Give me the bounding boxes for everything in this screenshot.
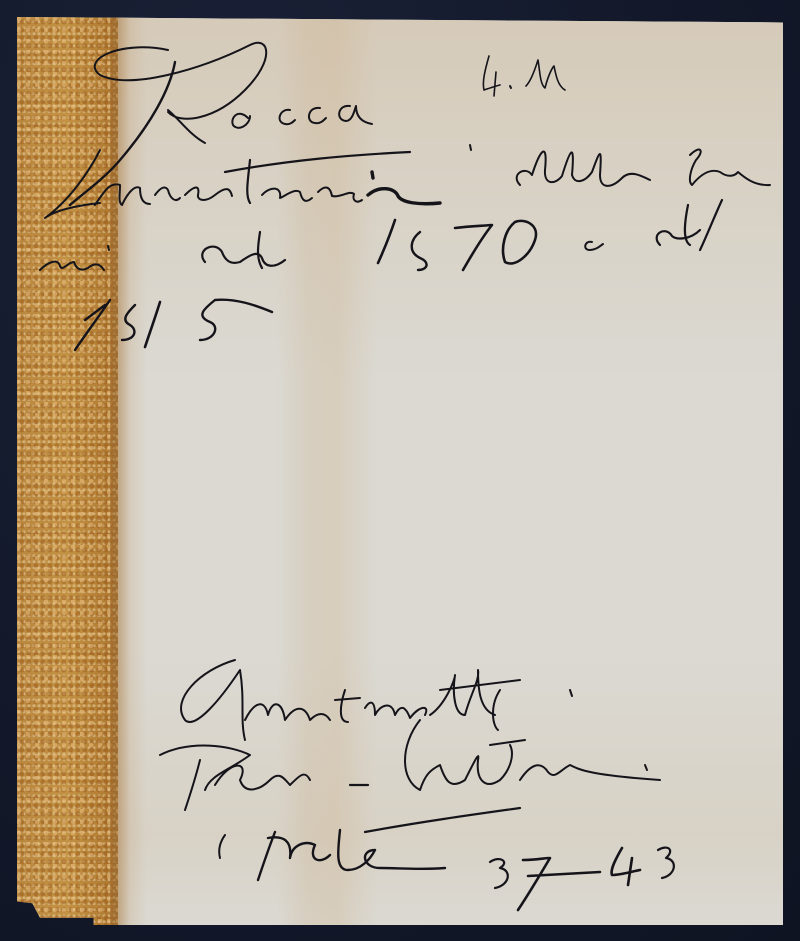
footer-note-37-43 (219, 830, 674, 910)
footer-martinetti (181, 660, 572, 740)
title-rocca-handwriting (70, 43, 372, 205)
line-1515 (75, 300, 272, 350)
line-inventarii (45, 145, 770, 218)
pencil-shelfmark (483, 56, 565, 96)
handwriting-layer (0, 0, 800, 941)
line-mi-del-1570 (40, 200, 722, 270)
footer-rav-antichi (160, 720, 660, 832)
